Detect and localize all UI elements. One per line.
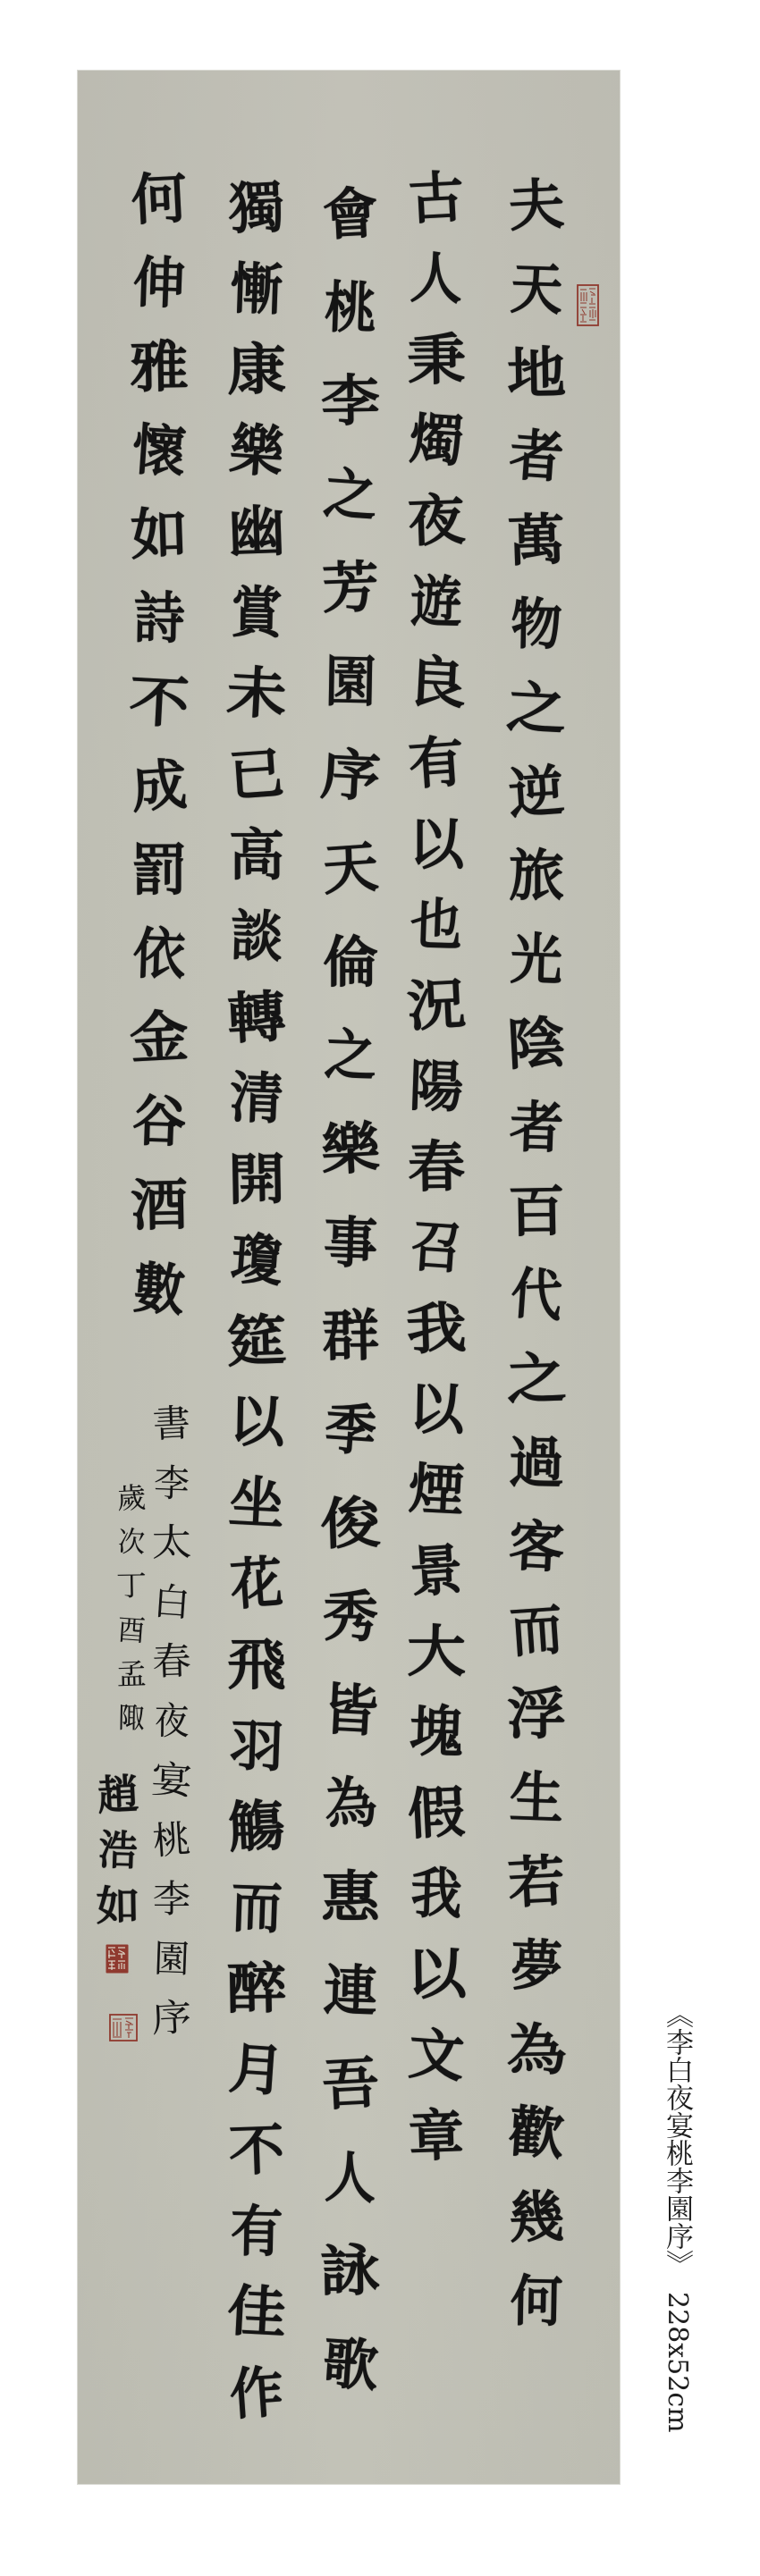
calligraphy-character: 詠 bbox=[320, 2243, 381, 2300]
calligraphy-character: 吾 bbox=[320, 2056, 380, 2114]
calligraphy-character: 夢 bbox=[510, 1938, 562, 1995]
calligraphy-character: 瓊 bbox=[229, 1231, 283, 1290]
text-column-4: 獨慚康樂幽賞未已高談轉清開瓊筵以坐花飛羽觴而醉月不有佳作 bbox=[229, 0, 284, 2576]
calligraphy-character: 況 bbox=[406, 977, 468, 1035]
calligraphy-character: 秀 bbox=[322, 1589, 378, 1646]
calligraphy-character: 為 bbox=[323, 1774, 378, 1833]
calligraphy-character: 陽 bbox=[409, 1058, 464, 1115]
calligraphy-character: 我 bbox=[410, 1865, 462, 1923]
calligraphy-character: 康 bbox=[227, 342, 287, 399]
calligraphy-character: 天 bbox=[510, 261, 563, 318]
calligraphy-character: 醉 bbox=[226, 1961, 287, 2017]
calligraphy-character: 倫 bbox=[323, 935, 378, 990]
calligraphy-character: 書 bbox=[152, 1404, 191, 1444]
calligraphy-character: 陰 bbox=[506, 1014, 568, 1073]
calligraphy-character: 作 bbox=[228, 2364, 285, 2423]
calligraphy-character: 古 bbox=[407, 169, 465, 227]
caption-dimensions: 228x52cm bbox=[662, 2277, 693, 2433]
calligraphy-character: 花 bbox=[229, 1554, 284, 1613]
calligraphy-character: 開 bbox=[228, 1151, 286, 1208]
calligraphy-character: 序 bbox=[319, 746, 382, 804]
calligraphy-character: 事 bbox=[323, 1215, 378, 1272]
calligraphy-character: 觴 bbox=[226, 1797, 286, 1856]
artwork-page: 夫天地者萬物之逆旅光陰者百代之過客而浮生若夢為歡幾何 古人秉燭夜遊良有以也況陽春… bbox=[0, 0, 760, 2576]
calligraphy-character: 代 bbox=[509, 1266, 563, 1325]
calligraphy-character: 桃 bbox=[152, 1820, 192, 1860]
calligraphy-character: 以 bbox=[409, 817, 464, 872]
text-column-2: 古人秉燭夜遊良有以也況陽春召我以煙景大塊假我以文章 bbox=[409, 0, 464, 2576]
calligraphy-character: 旅 bbox=[509, 848, 564, 904]
calligraphy-character: 樂 bbox=[228, 422, 285, 481]
calligraphy-character: 人 bbox=[410, 250, 463, 307]
calligraphy-character: 煙 bbox=[407, 1461, 465, 1520]
calligraphy-character: 談 bbox=[230, 908, 283, 965]
calligraphy-character: 高 bbox=[229, 828, 284, 883]
calligraphy-character: 也 bbox=[410, 897, 463, 954]
calligraphy-character: 浩 bbox=[98, 1829, 139, 1871]
calligraphy-character: 李 bbox=[153, 1881, 190, 1918]
calligraphy-character: 燭 bbox=[408, 411, 465, 470]
calligraphy-character: 天 bbox=[321, 839, 380, 898]
calligraphy-character: 以 bbox=[406, 1947, 467, 2003]
calligraphy-character: 之 bbox=[505, 679, 568, 737]
calligraphy-character: 俊 bbox=[319, 1494, 381, 1552]
calligraphy-character: 春 bbox=[408, 1139, 466, 1195]
calligraphy-character: 何 bbox=[510, 2273, 562, 2329]
calligraphy-character: 李 bbox=[321, 374, 381, 430]
calligraphy-character: 清 bbox=[229, 1070, 284, 1127]
calligraphy-character: 萬 bbox=[507, 512, 566, 569]
calligraphy-character: 轉 bbox=[226, 989, 288, 1047]
artwork-caption: 《李白夜宴桃李園序》228x52cm bbox=[661, 2000, 693, 2433]
inscription-title-line: 書李太白春夜宴桃李園序 bbox=[153, 0, 190, 2576]
calligraphy-character: 有 bbox=[230, 2203, 283, 2260]
calligraphy-character: 筵 bbox=[225, 1313, 287, 1370]
calligraphy-character: 惠 bbox=[321, 1870, 380, 1925]
calligraphy-character: 物 bbox=[511, 597, 562, 653]
calligraphy-character: 太 bbox=[151, 1524, 191, 1562]
calligraphy-character: 為 bbox=[506, 2022, 567, 2078]
calligraphy-character: 宴 bbox=[150, 1761, 192, 1800]
calligraphy-character: 良 bbox=[405, 653, 468, 711]
calligraphy-character: 幽 bbox=[227, 503, 286, 560]
calligraphy-character: 桃 bbox=[324, 280, 377, 337]
calligraphy-character: 光 bbox=[510, 931, 563, 989]
studio-seal-icon bbox=[109, 2014, 138, 2041]
calligraphy-character: 大 bbox=[407, 1624, 466, 1679]
calligraphy-character: 白 bbox=[152, 1582, 191, 1622]
artist-signature: 趙浩如 bbox=[97, 0, 139, 2576]
calligraphy-character: 景 bbox=[409, 1542, 464, 1601]
calligraphy-character: 如 bbox=[96, 1885, 140, 1927]
calligraphy-character: 會 bbox=[321, 185, 379, 243]
calligraphy-character: 坐 bbox=[227, 1474, 285, 1532]
calligraphy-character: 不 bbox=[228, 2122, 285, 2179]
calligraphy-character: 之 bbox=[324, 1027, 377, 1084]
calligraphy-character: 章 bbox=[408, 2108, 465, 2165]
text-column-3: 會桃李之芳園序天倫之樂事群季俊秀皆為惠連吾人詠歌 bbox=[323, 0, 378, 2576]
calligraphy-character: 連 bbox=[323, 1963, 378, 2020]
calligraphy-character: 幾 bbox=[508, 2189, 565, 2246]
caption-title: 《李白夜宴桃李園序》 bbox=[661, 2000, 693, 2277]
calligraphy-character: 夫 bbox=[507, 176, 565, 234]
calligraphy-character: 歡 bbox=[507, 2104, 566, 2163]
calligraphy-character: 我 bbox=[405, 1301, 467, 1358]
calligraphy-character: 趙 bbox=[97, 1773, 139, 1816]
calligraphy-character: 已 bbox=[227, 745, 286, 804]
calligraphy-character: 未 bbox=[225, 665, 288, 723]
calligraphy-character: 序 bbox=[151, 1999, 193, 2038]
calligraphy-character: 地 bbox=[507, 345, 567, 401]
calligraphy-character: 若 bbox=[506, 1853, 566, 1911]
calligraphy-character: 浮 bbox=[507, 1687, 566, 1742]
calligraphy-character: 月 bbox=[227, 2041, 286, 2100]
calligraphy-character: 客 bbox=[507, 1518, 565, 1576]
calligraphy-character: 飛 bbox=[227, 1637, 286, 1693]
calligraphy-character: 以 bbox=[228, 1394, 284, 1451]
calligraphy-character: 佳 bbox=[226, 2284, 288, 2342]
name-seal-icon bbox=[106, 1944, 129, 1974]
calligraphy-character: 夜 bbox=[407, 492, 466, 550]
calligraphy-character: 文 bbox=[407, 2026, 466, 2085]
calligraphy-character: 有 bbox=[407, 734, 466, 793]
calligraphy-character: 皆 bbox=[321, 1681, 379, 1739]
calligraphy-character: 之 bbox=[505, 1351, 567, 1408]
calligraphy-character: 逆 bbox=[507, 763, 566, 822]
calligraphy-character: 之 bbox=[322, 466, 379, 525]
calligraphy-character: 生 bbox=[509, 1770, 564, 1827]
calligraphy-character: 遊 bbox=[410, 574, 462, 630]
calligraphy-character: 百 bbox=[508, 1183, 566, 1240]
calligraphy-character: 秉 bbox=[407, 332, 467, 388]
calligraphy-character: 者 bbox=[509, 1099, 564, 1157]
calligraphy-character: 以 bbox=[408, 1381, 464, 1437]
calligraphy-character: 羽 bbox=[229, 1718, 284, 1775]
calligraphy-character: 李 bbox=[154, 1464, 190, 1503]
calligraphy-character: 芳 bbox=[321, 560, 380, 617]
calligraphy-character: 樂 bbox=[320, 1120, 382, 1178]
calligraphy-character: 夜 bbox=[154, 1702, 189, 1740]
calligraphy-character: 塊 bbox=[409, 1704, 464, 1761]
calligraphy-character: 人 bbox=[324, 2150, 376, 2207]
calligraphy-character: 春 bbox=[152, 1642, 192, 1680]
calligraphy-character: 過 bbox=[508, 1435, 564, 1491]
calligraphy-character: 假 bbox=[406, 1784, 466, 1842]
calligraphy-character: 園 bbox=[154, 1940, 190, 1978]
calligraphy-character: 而 bbox=[509, 1602, 564, 1661]
calligraphy-character: 召 bbox=[409, 1218, 463, 1277]
calligraphy-character: 而 bbox=[230, 1880, 283, 1937]
leading-seal-icon bbox=[577, 284, 599, 326]
calligraphy-character: 季 bbox=[323, 1401, 377, 1460]
text-column-1: 夫天地者萬物之逆旅光陰者百代之過客而浮生若夢為歡幾何 bbox=[509, 0, 564, 2576]
calligraphy-character: 歌 bbox=[321, 2336, 380, 2395]
calligraphy-character: 慚 bbox=[230, 261, 283, 318]
calligraphy-character: 獨 bbox=[227, 179, 285, 237]
calligraphy-character: 群 bbox=[322, 1309, 380, 1365]
calligraphy-character: 者 bbox=[508, 427, 565, 486]
calligraphy-character: 園 bbox=[325, 654, 376, 711]
calligraphy-character: 賞 bbox=[231, 585, 283, 641]
